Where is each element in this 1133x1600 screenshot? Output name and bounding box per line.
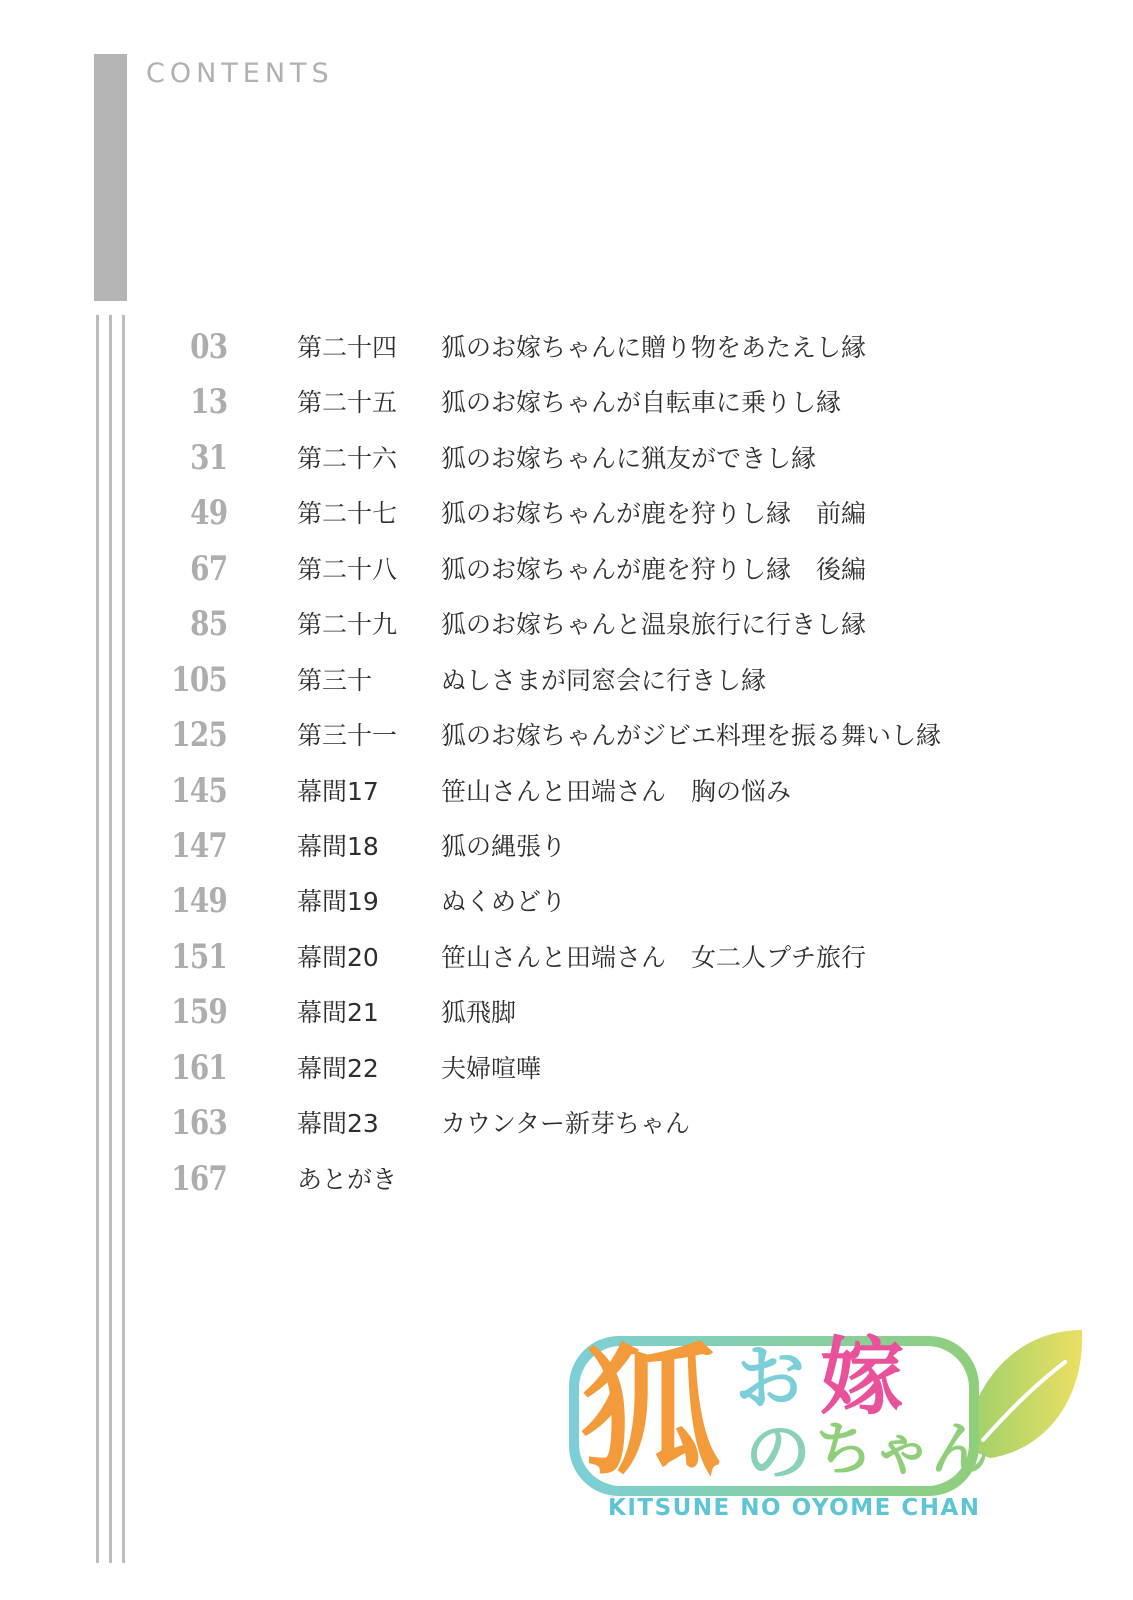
logo-char-no: の <box>745 1418 811 1488</box>
series-logo: 狐 お 嫁 の ちゃん KITSUNE NO OYOME CHAN <box>565 1290 1085 1540</box>
toc-title: 狐のお嫁ちゃんが鹿を狩りし縁 後編 <box>441 552 866 588</box>
toc-chapter: 第二十五 <box>297 385 397 421</box>
toc-title: 笹山さんと田端さん 胸の悩み <box>441 774 791 810</box>
toc-page-number: 159 <box>171 990 227 1034</box>
toc-title: 狐のお嫁ちゃんが鹿を狩りし縁 前編 <box>441 496 866 532</box>
toc-row[interactable]: 67 第二十八 狐のお嫁ちゃんが鹿を狩りし縁 後編 <box>0 543 1133 598</box>
toc-page-number: 31 <box>190 436 227 480</box>
toc-page-number: 145 <box>171 769 227 813</box>
toc-chapter: 幕間23 <box>297 1106 379 1142</box>
toc-page-number: 147 <box>171 824 227 868</box>
toc-page-number: 163 <box>171 1101 227 1145</box>
toc-row[interactable]: 105 第三十 ぬしさまが同窓会に行きし縁 <box>0 654 1133 709</box>
toc-row[interactable]: 151 幕間20 笹山さんと田端さん 女二人プチ旅行 <box>0 931 1133 986</box>
toc-chapter: 幕間21 <box>297 995 379 1031</box>
toc-row[interactable]: 125 第三十一 狐のお嫁ちゃんがジビエ料理を振る舞いし縁 <box>0 709 1133 764</box>
toc-title: 狐のお嫁ちゃんと温泉旅行に行きし縁 <box>441 607 866 643</box>
toc-page-number: 49 <box>190 491 227 535</box>
toc-chapter: 第二十六 <box>297 441 397 477</box>
toc-chapter: あとがき <box>297 1162 397 1198</box>
toc-row[interactable]: 161 幕間22 夫婦喧嘩 <box>0 1042 1133 1097</box>
toc-page-number: 167 <box>171 1157 227 1201</box>
toc-title: 狐のお嫁ちゃんが自転車に乗りし縁 <box>441 385 841 421</box>
toc-row[interactable]: 149 幕間19 ぬくめどり <box>0 875 1133 930</box>
toc-page-number: 03 <box>190 325 227 369</box>
toc-chapter: 第二十七 <box>297 496 397 532</box>
toc-chapter: 幕間20 <box>297 940 379 976</box>
toc-page-number: 67 <box>190 547 227 591</box>
toc-row[interactable]: 85 第二十九 狐のお嫁ちゃんと温泉旅行に行きし縁 <box>0 598 1133 653</box>
toc-page-number: 125 <box>171 713 227 757</box>
toc-page-number: 151 <box>171 935 227 979</box>
toc-title: 狐のお嫁ちゃんがジビエ料理を振る舞いし縁 <box>441 718 941 754</box>
toc-title: 狐飛脚 <box>441 995 516 1031</box>
table-of-contents: 03 第二十四 狐のお嫁ちゃんに贈り物をあたえし縁 13 第二十五 狐のお嫁ちゃ… <box>0 321 1133 1208</box>
toc-page-number: 161 <box>171 1046 227 1090</box>
toc-row[interactable]: 13 第二十五 狐のお嫁ちゃんが自転車に乗りし縁 <box>0 376 1133 431</box>
toc-page-number: 85 <box>190 602 227 646</box>
contents-heading: CONTENTS <box>146 58 334 89</box>
toc-row[interactable]: 03 第二十四 狐のお嫁ちゃんに贈り物をあたえし縁 <box>0 321 1133 376</box>
toc-chapter: 第二十九 <box>297 607 397 643</box>
toc-title: 狐の縄張り <box>441 829 566 865</box>
toc-chapter: 幕間17 <box>297 774 379 810</box>
toc-title: 狐のお嫁ちゃんに猟友ができし縁 <box>441 441 816 477</box>
logo-char-fox: 狐 <box>581 1338 721 1488</box>
toc-row[interactable]: 159 幕間21 狐飛脚 <box>0 986 1133 1041</box>
toc-page-number: 13 <box>190 380 227 424</box>
toc-title: 狐のお嫁ちゃんに贈り物をあたえし縁 <box>441 330 866 366</box>
logo-subtitle: KITSUNE NO OYOME CHAN <box>608 1495 981 1521</box>
toc-row[interactable]: 167 あとがき <box>0 1153 1133 1208</box>
toc-row[interactable]: 147 幕間18 狐の縄張り <box>0 820 1133 875</box>
toc-title: カウンター新芽ちゃん <box>441 1106 690 1142</box>
toc-row[interactable]: 49 第二十七 狐のお嫁ちゃんが鹿を狩りし縁 前編 <box>0 487 1133 542</box>
toc-chapter: 第三十 <box>297 663 372 699</box>
toc-row[interactable]: 163 幕間23 カウンター新芽ちゃん <box>0 1097 1133 1152</box>
toc-page-number: 105 <box>171 658 227 702</box>
toc-chapter: 第三十一 <box>297 718 397 754</box>
toc-title: 笹山さんと田端さん 女二人プチ旅行 <box>441 940 866 976</box>
toc-title: ぬしさまが同窓会に行きし縁 <box>441 663 766 699</box>
logo-char-yome: 嫁 <box>820 1332 904 1422</box>
toc-row[interactable]: 31 第二十六 狐のお嫁ちゃんに猟友ができし縁 <box>0 432 1133 487</box>
toc-chapter: 第二十八 <box>297 552 397 588</box>
toc-page-number: 149 <box>171 879 227 923</box>
toc-title: 夫婦喧嘩 <box>441 1051 541 1087</box>
logo-char-chan: ちゃん <box>815 1414 989 1484</box>
side-bar <box>94 54 127 301</box>
toc-title: ぬくめどり <box>441 884 566 920</box>
toc-chapter: 幕間18 <box>297 829 379 865</box>
toc-chapter: 第二十四 <box>297 330 397 366</box>
toc-chapter: 幕間22 <box>297 1051 379 1087</box>
logo-char-o: お <box>735 1340 805 1416</box>
toc-chapter: 幕間19 <box>297 884 379 920</box>
toc-row[interactable]: 145 幕間17 笹山さんと田端さん 胸の悩み <box>0 765 1133 820</box>
